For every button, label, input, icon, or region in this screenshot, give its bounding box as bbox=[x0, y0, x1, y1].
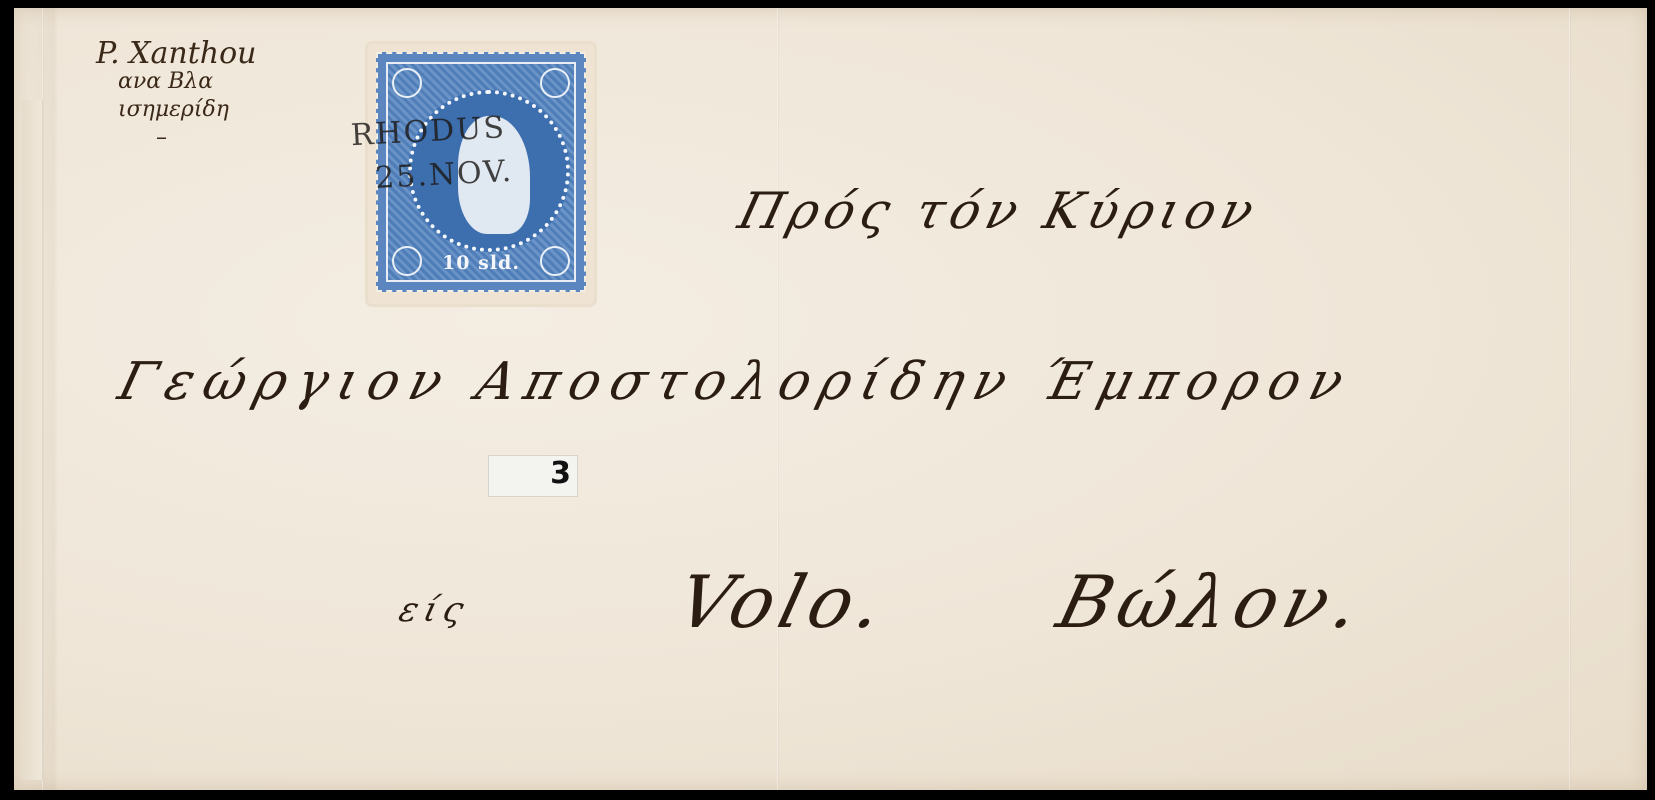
docket-note-line-2: ανα Βλα bbox=[96, 68, 257, 96]
address-destination-city-greek: Βώλον. bbox=[1050, 560, 1374, 644]
docket-note-line-3: ισημερίδη bbox=[96, 96, 257, 124]
folded-flap-edge bbox=[22, 100, 43, 780]
address-line-2: Γεώργιον Αποστολορίδην Έμπορον bbox=[113, 352, 1360, 412]
address-line-1: Πρός τόν Κύριον bbox=[733, 182, 1266, 240]
ornament-icon bbox=[540, 68, 570, 98]
postmark-cancellation: RHODUS25.NOV. bbox=[350, 106, 514, 202]
ornament-icon bbox=[392, 68, 422, 98]
fold-line bbox=[1569, 8, 1571, 790]
postmark-date: 25.NOV. bbox=[352, 150, 514, 202]
address-destination-city: Volo. bbox=[670, 560, 898, 644]
address-line-3-prefix: είς bbox=[395, 590, 474, 630]
docket-note: P. Xanthou ανα Βλα ισημερίδη – bbox=[96, 40, 257, 152]
docket-note-line-1: P. Xanthou bbox=[96, 40, 257, 68]
inventory-label-number: 3 bbox=[550, 456, 571, 491]
stamp-denomination: 10 sld. bbox=[388, 252, 574, 274]
fold-line bbox=[42, 8, 44, 790]
inventory-label: 3 bbox=[488, 455, 578, 497]
docket-note-line-4: – bbox=[96, 124, 257, 152]
